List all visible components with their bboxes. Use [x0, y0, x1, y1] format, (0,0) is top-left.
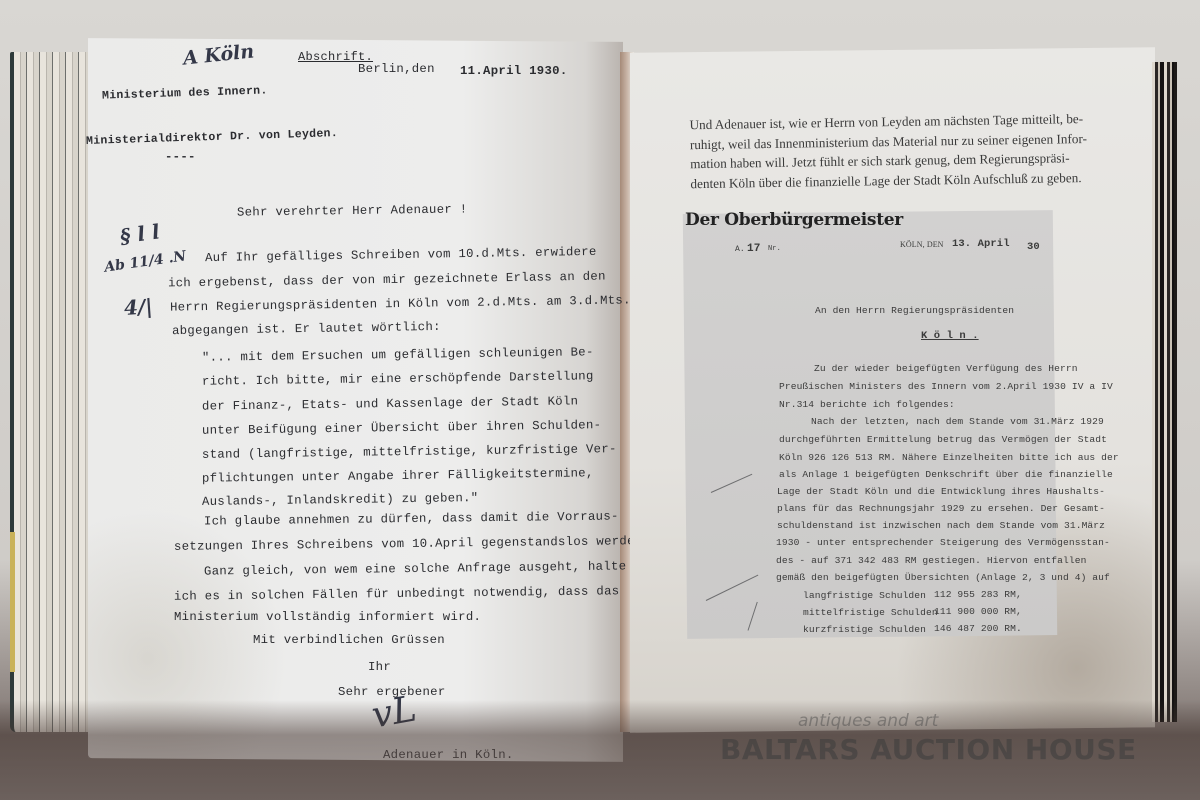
watermark-tagline: antiques and art — [798, 711, 938, 731]
fx-body-line: gemäß den beigefügten Übersichten (Anlag… — [776, 572, 1110, 583]
letter-date: 11.April 1930. — [460, 64, 568, 78]
separator-line: ---- — [165, 150, 196, 164]
fx-debt-amount: 146 487 200 RM. — [934, 623, 1022, 634]
fx-body-line: Lage der Stadt Köln und die Entwicklung … — [777, 486, 1105, 497]
fx-ref-suffix: Nr. — [768, 245, 781, 253]
fx-date: 13. April — [952, 238, 1010, 250]
fx-body-line: als Anlage 1 beigefügten Denkschrift übe… — [779, 469, 1113, 480]
fx-body-line: durchgeführten Ermittelung betrug das Ve… — [779, 434, 1107, 445]
fx-address-city: K ö l n . — [921, 330, 979, 342]
fx-debt-label: kurzfristige Schulden — [803, 624, 926, 635]
open-book: A Köln Abschrift. Berlin,den 11.April 19… — [0, 0, 1200, 800]
fx-place-label: KÖLN, DEN — [900, 240, 944, 249]
watermark: antiques and art BALTARS AUCTION HOUSE — [720, 733, 1137, 766]
fx-body-line: des - auf 371 342 483 RM gestiegen. Hier… — [776, 555, 1086, 566]
fx-body-line: Nach der letzten, nach dem Stande vom 31… — [811, 416, 1104, 427]
fx-body-line: schuldenstand ist inzwischen nach dem St… — [777, 520, 1105, 531]
fx-body-line: Preußischen Ministers des Innern vom 2.A… — [779, 381, 1113, 392]
fx-body-line: Zu der wieder beigefügten Verfügung des … — [814, 363, 1078, 374]
facsimile-letterhead: Der Oberbürgermeister — [685, 210, 903, 230]
fx-ref-number: 17 — [747, 243, 760, 255]
fx-year: 30 — [1027, 241, 1040, 253]
greeting: Mit verbindlichen Grüssen — [253, 633, 445, 647]
place-date-label: Berlin,den — [358, 62, 435, 76]
fx-debt-label: mittelfristige Schulden — [803, 607, 938, 618]
fx-body-line: 1930 - unter entsprechender Steigerung d… — [776, 537, 1110, 548]
fx-debt-amount: 111 900 000 RM, — [934, 606, 1022, 617]
yellow-bookmark-edge — [10, 532, 15, 672]
fx-debt-amount: 112 955 283 RM, — [934, 589, 1022, 600]
fx-ref-prefix: A. — [735, 245, 745, 254]
fx-debt-label: langfristige Schulden — [803, 590, 926, 601]
fx-body-line: Köln 926 126 513 RM. Nähere Einzelheiten… — [779, 452, 1119, 463]
closing-line: Ministerium vollständig informiert wird. — [174, 610, 481, 624]
margin-note-3: 4/| — [123, 294, 153, 320]
greeting-ihr: Ihr — [368, 660, 391, 674]
fx-address-line: An den Herrn Regierungspräsidenten — [815, 305, 1014, 316]
watermark-brand: BALTARS AUCTION HOUSE — [720, 733, 1137, 766]
caption-text: Und Adenauer ist, wie er Herrn von Leyde… — [689, 109, 1100, 193]
fx-body-line: Nr.314 berichte ich folgendes: — [779, 399, 955, 410]
left-page-stack — [10, 52, 94, 732]
right-page-stack — [1152, 62, 1177, 722]
fx-body-line: plans für das Rechnungsjahr 1929 zu erse… — [777, 503, 1105, 514]
